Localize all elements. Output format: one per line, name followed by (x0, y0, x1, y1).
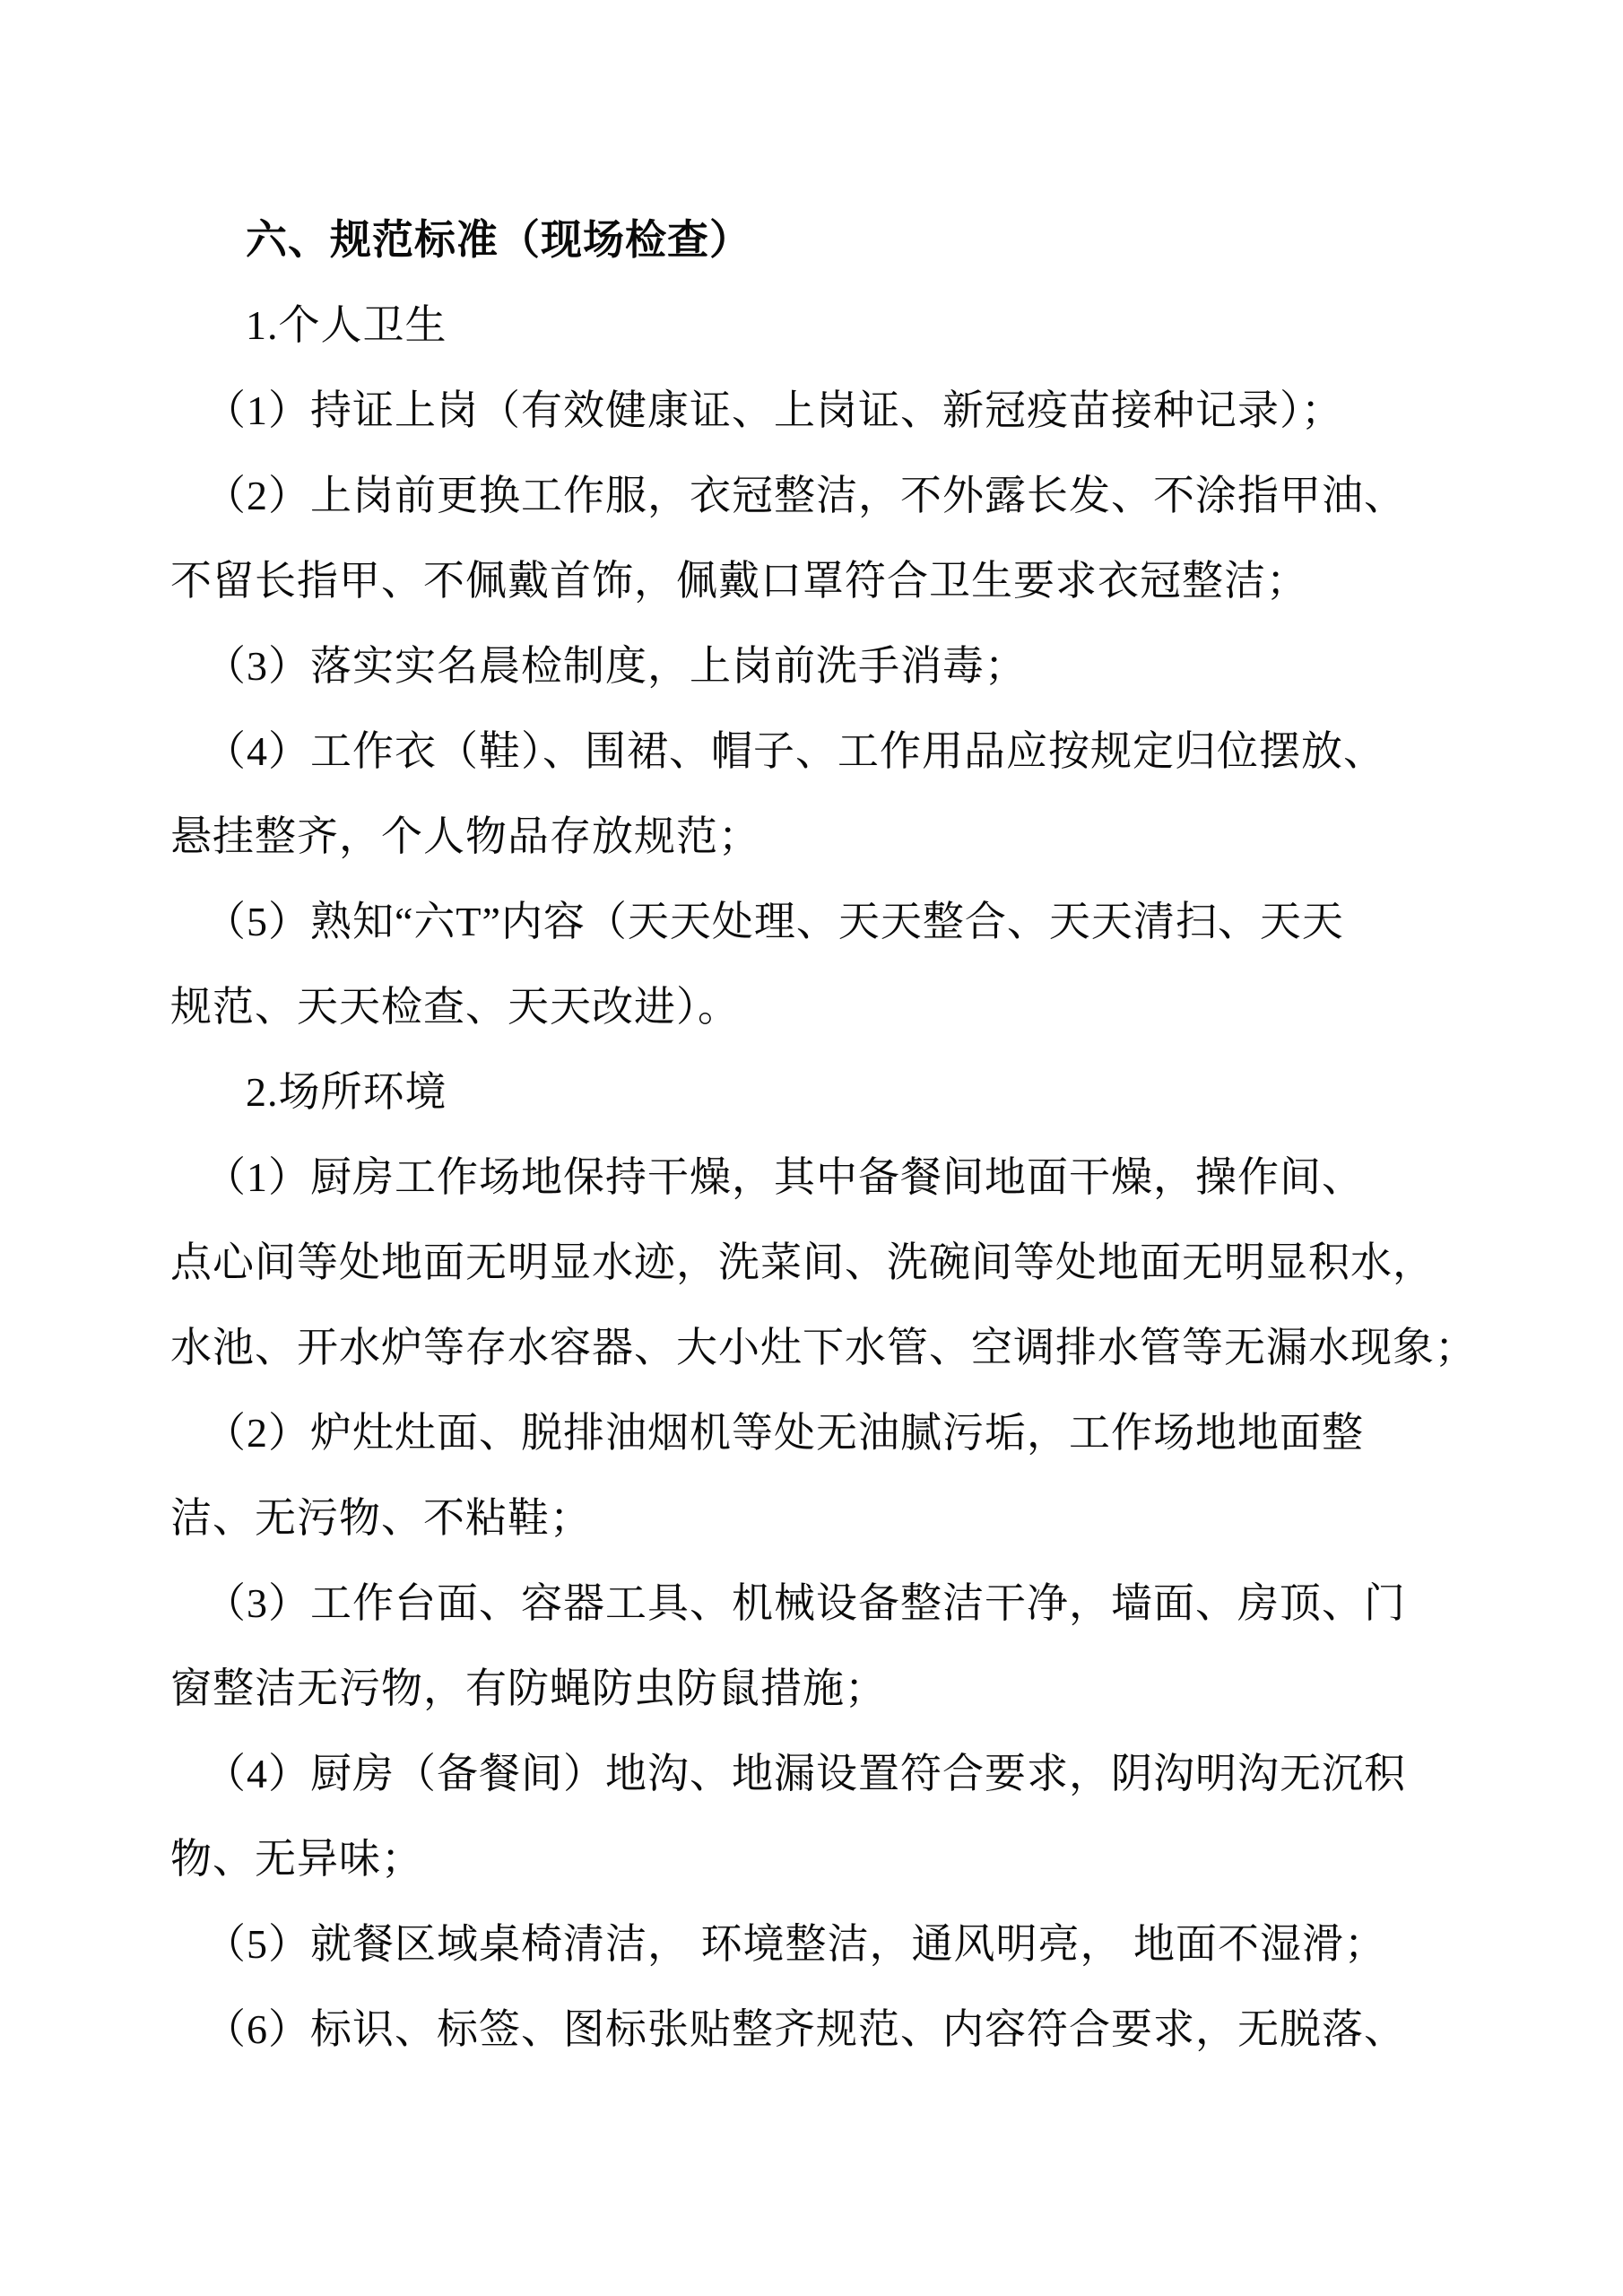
text-line: （1）持证上岗（有效健康证、上岗证、新冠疫苗接种记录）； (170, 368, 1488, 453)
text-line: （4）厨房（备餐间）地沟、地漏设置符合要求，阴沟明沟无沉积 (170, 1731, 1488, 1816)
text-line: （2）上岗前更换工作服，衣冠整洁，不外露长发、不涂指甲油、 (170, 453, 1488, 538)
document-page: 六、规范标准（现场检查）1.个人卫生（1）持证上岗（有效健康证、上岗证、新冠疫苗… (0, 0, 1623, 2296)
text-line: （5）熟知“六T”内容（天天处理、天天整合、天天清扫、天天 (170, 879, 1488, 964)
text-line: 水池、开水炉等存水容器、大小灶下水管、空调排水管等无漏水现象； (170, 1305, 1488, 1390)
text-line: （3）工作台面、容器工具、机械设备整洁干净，墙面、房顶、门 (170, 1561, 1488, 1646)
text-line: 物、无异味； (170, 1816, 1488, 1901)
text-line: （4）工作衣（鞋）、围裙、帽子、工作用品应按规定归位摆放、 (170, 709, 1488, 794)
text-line: 窗整洁无污物，有防蝇防虫防鼠措施； (170, 1646, 1488, 1731)
document-body: 六、规范标准（现场检查）1.个人卫生（1）持证上岗（有效健康证、上岗证、新冠疫苗… (170, 197, 1488, 2072)
text-line: 2.场所环境 (170, 1049, 1488, 1135)
text-line: 洁、无污物、不粘鞋； (170, 1475, 1488, 1561)
text-line: 规范、天天检查、天天改进）。 (170, 964, 1488, 1049)
document-title: 六、规范标准（现场检查） (170, 197, 1488, 283)
text-line: 悬挂整齐，个人物品存放规范； (170, 794, 1488, 879)
text-line: 不留长指甲、不佩戴首饰，佩戴口罩符合卫生要求衣冠整洁； (170, 538, 1488, 623)
text-line: 点心间等处地面无明显水迹，洗菜间、洗碗间等处地面无明显积水， (170, 1220, 1488, 1305)
text-line: （3）落实实名晨检制度，上岗前洗手消毒； (170, 623, 1488, 709)
text-line: （2）炉灶灶面、脱排油烟机等处无油腻污垢，工作场地地面整 (170, 1390, 1488, 1475)
text-line: （5）就餐区域桌椅清洁， 环境整洁，通风明亮， 地面不湿滑； (170, 1901, 1488, 1987)
text-line: （1）厨房工作场地保持干燥，其中备餐间地面干燥，操作间、 (170, 1135, 1488, 1220)
text-line: 1.个人卫生 (170, 283, 1488, 368)
text-line: （6）标识、标签、图标张贴整齐规范、内容符合要求，无脱落、 (170, 1987, 1488, 2072)
